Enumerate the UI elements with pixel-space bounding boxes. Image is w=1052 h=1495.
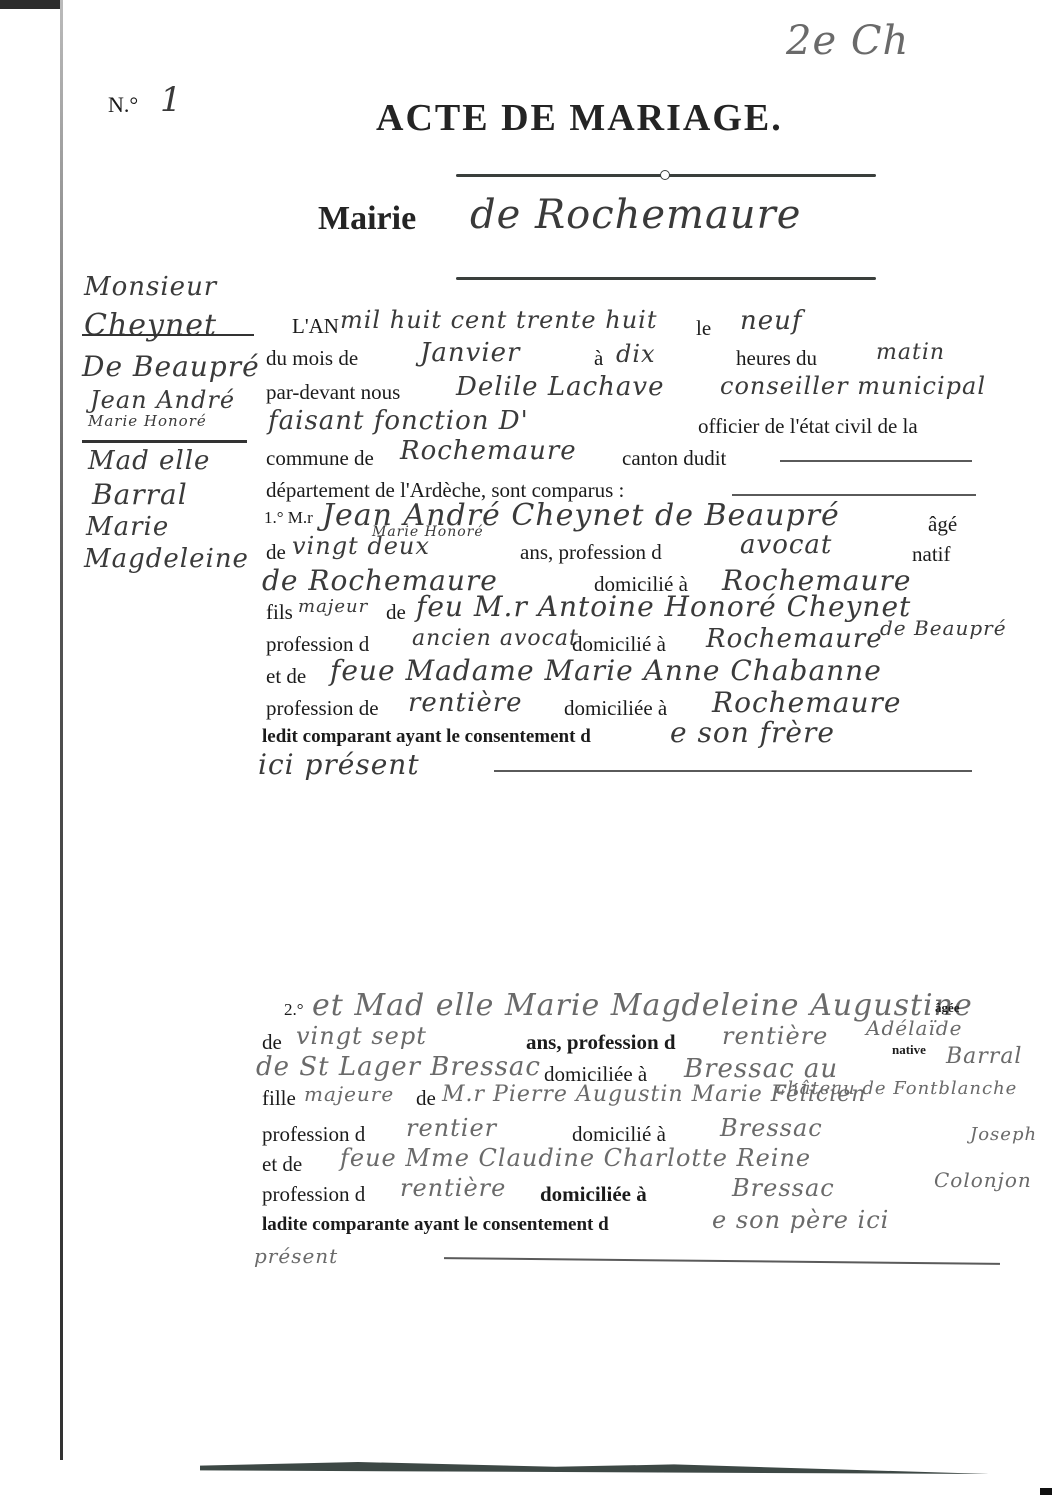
- bride-consent-label: ladite comparante ayant le consentement …: [262, 1214, 609, 1236]
- bride-native-insert: Adélaïde: [866, 1016, 962, 1040]
- groom-consent-value: e son frère: [670, 716, 835, 749]
- groom-profession-value: avocat: [740, 530, 832, 560]
- year-value: mil huit cent trente huit: [340, 306, 657, 334]
- bride-mother-insert: Joseph: [970, 1124, 1037, 1145]
- bride-mother-domicile-label: domiciliée à: [540, 1182, 647, 1207]
- period-value: matin: [876, 340, 945, 365]
- groom-mother-domicile-label: domiciliée à: [564, 696, 667, 721]
- bride-domicile-insert: Barral: [946, 1044, 1022, 1069]
- department-fill-line: [732, 494, 976, 496]
- bride-profession-value: rentière: [722, 1022, 828, 1050]
- binding-edge: [0, 0, 62, 9]
- bride-profession-label: ans, profession d: [526, 1030, 676, 1055]
- bride-daughter-value: majeure: [304, 1082, 394, 1106]
- bride-mother-domicile-insert: Colonjon: [934, 1168, 1032, 1192]
- groom-son-value: majeur: [298, 596, 368, 617]
- margin-divider: [82, 440, 247, 443]
- document-title: ACTE DE MARIAGE.: [376, 96, 783, 140]
- record-number: 1: [160, 80, 183, 120]
- margin-husband-given-2: Marie Honoré: [88, 412, 207, 430]
- groom-fill-line: [494, 770, 972, 772]
- hour-value: dix: [616, 340, 656, 368]
- groom-father-name: feu M.r Antoine Honoré Cheynet: [416, 590, 911, 623]
- strikethrough: [82, 334, 254, 336]
- groom-father-insert: de Beaupré: [880, 616, 1007, 640]
- margin-husband-given: Jean André: [90, 386, 235, 414]
- ornamental-rule-bottom: [456, 277, 876, 280]
- bride-native-label: native: [892, 1042, 926, 1058]
- scan-corner-mark: [1040, 1488, 1052, 1495]
- hour-label: à: [594, 346, 603, 371]
- officer-label: officier de l'état civil de la: [698, 414, 918, 439]
- year-label: L'AN: [292, 314, 339, 339]
- bride-prefix: 2.°: [284, 1000, 304, 1020]
- day-label: le: [696, 316, 711, 341]
- margin-wife-surname: Barral: [92, 478, 188, 511]
- margin-husband-surname: Cheynet: [84, 308, 217, 343]
- bride-mother-name: feue Mme Claudine Charlotte Reine: [340, 1144, 811, 1172]
- mairie-label: Mairie: [318, 200, 416, 238]
- canton-label: canton dudit: [622, 446, 726, 471]
- day-value: neuf: [740, 306, 803, 336]
- month-value: Janvier: [420, 338, 521, 368]
- before-label: par-devant nous: [266, 380, 400, 405]
- margin-wife-title: Mad elle: [88, 446, 210, 476]
- bride-consent-value: e son père ici: [712, 1206, 889, 1234]
- commune-value: Rochemaure: [400, 436, 577, 466]
- margin-wife-given-2: Magdeleine: [84, 544, 249, 574]
- groom-age-insert: Marie Honoré: [372, 524, 484, 540]
- function-value: faisant fonction D': [268, 406, 529, 436]
- bride-age-value: vingt sept: [296, 1022, 427, 1050]
- hour-suffix: heures du: [736, 346, 817, 371]
- groom-mother-profession: rentière: [408, 688, 523, 718]
- bride-father-domicile: Bressac: [720, 1114, 823, 1142]
- groom-father-label: de: [386, 600, 406, 625]
- groom-father-domicile: Rochemaure: [706, 624, 883, 654]
- bride-mother-profession-label: profession d: [262, 1182, 365, 1207]
- officer-name: Delile Lachave: [456, 372, 664, 402]
- bride-father-profession: rentier: [406, 1114, 497, 1142]
- page-bottom-shadow: [200, 1462, 990, 1474]
- bride-age-label: âgée: [935, 1000, 960, 1016]
- groom-consent-continuation: ici présent: [258, 748, 420, 781]
- groom-mother-label: et de: [266, 664, 306, 689]
- groom-age-label: âgé: [928, 512, 957, 537]
- margin-wife-given: Marie: [86, 512, 169, 542]
- groom-age-prefix: de: [266, 540, 286, 565]
- bride-birthplace: de St Lager Bressac: [256, 1052, 541, 1082]
- commune-label: commune de: [266, 446, 374, 471]
- corner-annotation: 2e Ch: [786, 18, 909, 64]
- groom-consent-label: ledit comparant ayant le consentement d: [262, 726, 591, 748]
- month-label: du mois de: [266, 346, 358, 371]
- bride-daughter-label: fille: [262, 1086, 296, 1111]
- bride-mother-profession: rentière: [400, 1174, 506, 1202]
- groom-mother-name: feue Madame Marie Anne Chabanne: [330, 654, 882, 687]
- bride-mother-label: et de: [262, 1152, 302, 1177]
- officer-title: conseiller municipal: [720, 372, 986, 400]
- bride-father-label: de: [416, 1086, 436, 1111]
- page-left-edge: [60, 0, 63, 1460]
- groom-mother-domicile: Rochemaure: [712, 686, 901, 719]
- groom-mother-profession-label: profession de: [266, 696, 379, 721]
- bride-mother-domicile: Bressac: [732, 1174, 835, 1202]
- margin-husband-title: Monsieur: [84, 272, 217, 302]
- groom-prefix: 1.° M.r: [264, 508, 313, 528]
- record-number-label: N.°: [108, 92, 138, 118]
- margin-husband-particle: De Beaupré: [82, 350, 260, 383]
- groom-native-label: natif: [912, 542, 950, 567]
- groom-father-profession: ancien avocat: [412, 626, 579, 651]
- groom-profession-label: ans, profession d: [520, 540, 662, 565]
- bride-father-insert: château de Fontblanche: [776, 1078, 1017, 1099]
- bride-fill-line: [444, 1257, 1000, 1265]
- bride-consent-continuation: présent: [254, 1244, 338, 1268]
- mairie-commune: de Rochemaure: [470, 192, 801, 238]
- ornamental-rule-top: [456, 174, 876, 177]
- canton-fill-line: [780, 460, 972, 462]
- groom-son-label: fils: [266, 600, 293, 625]
